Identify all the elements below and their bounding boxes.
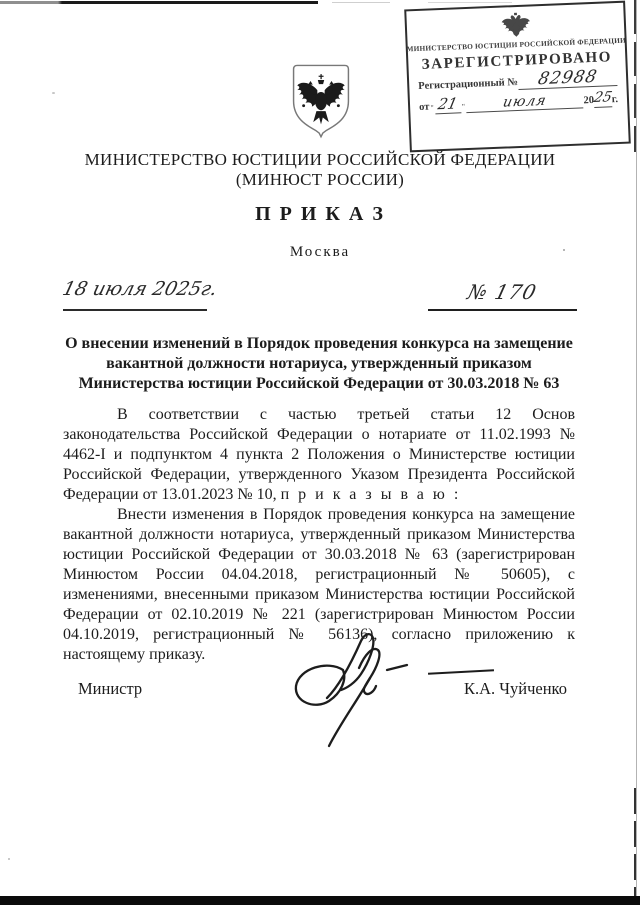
right-scan-line [636, 0, 637, 905]
ministry-short-name: (МИНЮСТ РОССИИ) [0, 170, 640, 190]
stamp-reg-number-label: Регистрационный № [418, 77, 518, 94]
document-number-handwritten: № 170 [465, 280, 539, 304]
stamp-date-day: 21 [437, 96, 459, 112]
bottom-scan-bar [0, 896, 640, 905]
top-scan-dash [428, 2, 512, 3]
subject-line-1: О внесении изменений в Порядок проведени… [63, 334, 575, 354]
document-type-title: П Р И К А З [0, 203, 640, 226]
signature-baseline [428, 669, 494, 674]
stamp-date-day-field: 21 [434, 96, 461, 114]
registration-stamp: МИНИСТЕРСТВО ЮСТИЦИИ РОССИЙСКОЙ ФЕДЕРАЦИ… [404, 1, 631, 153]
scan-speck [8, 858, 10, 860]
prikaz-emphasis: приказываю: [281, 486, 468, 503]
scan-speck [52, 92, 55, 94]
right-scan-line-segment [634, 0, 636, 152]
top-scan-line [0, 1, 318, 4]
stamp-reg-number-field: 82988 [517, 68, 617, 90]
ministry-name: МИНИСТЕРСТВО ЮСТИЦИИ РОССИЙСКОЙ ФЕДЕРАЦИ… [0, 150, 640, 170]
stamp-reg-number-value: 82988 [536, 69, 599, 89]
subject-line-2: вакантной должности нотариуса, утвержден… [63, 354, 575, 374]
stamp-date-month: июля [501, 94, 547, 110]
body-paragraph-1: В соответствии с частью третьей статьи 1… [63, 405, 575, 505]
document-date-field: 18 июля 2025г. [63, 278, 207, 311]
stamp-date-month-field: июля [466, 91, 584, 113]
handwritten-signature-icon [283, 624, 418, 761]
subject-line-3: Министерства юстиции Российской Федераци… [63, 374, 575, 394]
stamp-date-prefix: от [419, 102, 430, 115]
minister-title: Министр [78, 679, 142, 699]
right-scan-line-segment [634, 788, 636, 896]
top-scan-dash [332, 2, 390, 3]
stamp-date-year: 25 [592, 89, 613, 106]
scanned-order-page: МИНИСТЕРСТВО ЮСТИЦИИ РОССИЙСКОЙ ФЕДЕРАЦИ… [0, 0, 640, 905]
stamp-date-year-field: 25 [594, 88, 613, 108]
city-label: Москва [0, 244, 640, 261]
subject-heading: О внесении изменений в Порядок проведени… [63, 334, 575, 394]
stamp-date-suffix: г. [612, 94, 619, 107]
double-headed-eagle-icon [499, 11, 532, 39]
russian-coat-of-arms-icon [289, 62, 353, 147]
document-number-field: № 170 [428, 280, 577, 311]
minister-name: К.А. Чуйченко [464, 679, 567, 699]
document-date-handwritten: 18 июля 2025г. [60, 278, 219, 300]
